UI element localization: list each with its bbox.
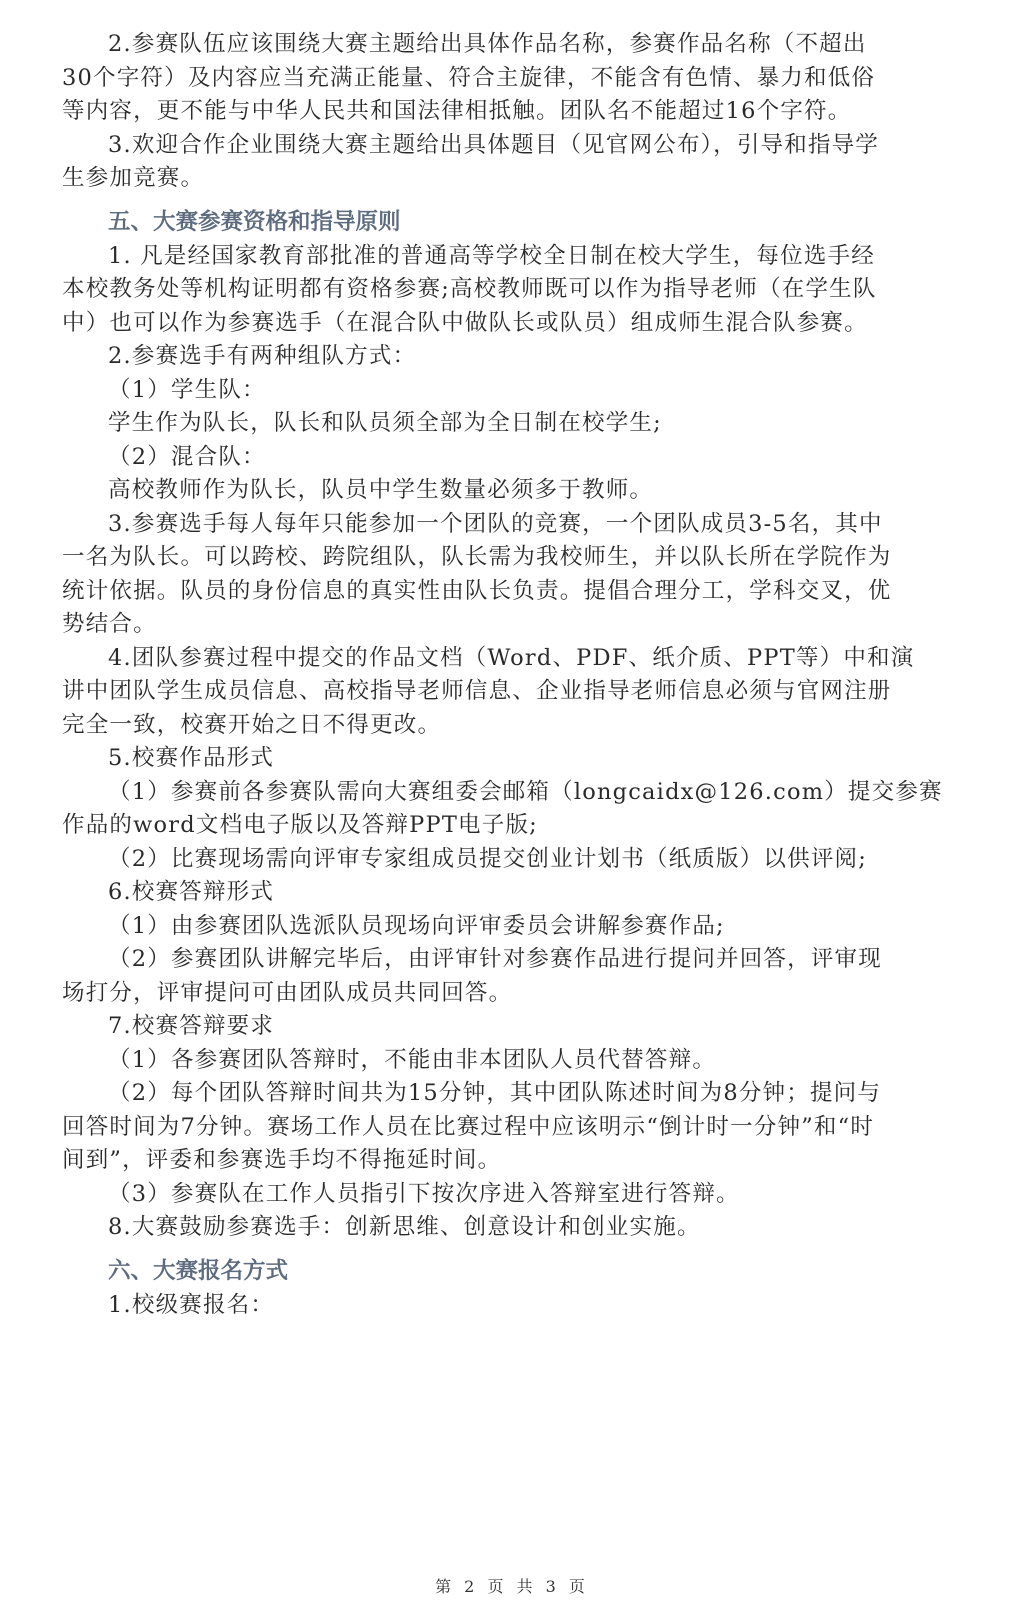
paragraph-line: 8.大赛鼓励参赛选手：创新思维、创意设计和创业实施。 bbox=[62, 1211, 962, 1245]
paragraph-line: 作品的word文档电子版以及答辩PPT电子版; bbox=[62, 809, 962, 843]
paragraph-line: 1. 凡是经国家教育部批准的普通高等学校全日制在校大学生，每位选手经 bbox=[62, 240, 962, 274]
paragraph-line: 7.校赛答辩要求 bbox=[62, 1010, 962, 1044]
paragraph-line: （2）每个团队答辩时间共为15分钟，其中团队陈述时间为8分钟；提问与 bbox=[62, 1077, 962, 1111]
paragraph-line: 5.校赛作品形式 bbox=[62, 742, 962, 776]
paragraph-line: 回答时间为7分钟。赛场工作人员在比赛过程中应该明示“倒计时一分钟”和“时 bbox=[62, 1111, 962, 1145]
paragraph-line: 3.参赛选手每人每年只能参加一个团队的竞赛，一个团队成员3-5名，其中 bbox=[62, 508, 962, 542]
paragraph-line: （3）参赛队在工作人员指引下按次序进入答辩室进行答辩。 bbox=[62, 1178, 962, 1212]
paragraph-line: （2）参赛团队讲解完毕后，由评审针对参赛作品进行提问并回答，评审现 bbox=[62, 943, 962, 977]
paragraph-line: 6.校赛答辩形式 bbox=[62, 876, 962, 910]
paragraph-line: 4.团队参赛过程中提交的作品文档（Word、PDF、纸介质、PPT等）中和演 bbox=[62, 642, 962, 676]
paragraph-line: 完全一致，校赛开始之日不得更改。 bbox=[62, 709, 962, 743]
paragraph-line: 间到”，评委和参赛选手均不得拖延时间。 bbox=[62, 1144, 962, 1178]
paragraph-line: 学生作为队长，队长和队员须全部为全日制在校学生; bbox=[62, 407, 962, 441]
paragraph-line: 1.校级赛报名： bbox=[62, 1289, 962, 1323]
paragraph-line: （2）比赛现场需向评审专家组成员提交创业计划书（纸质版）以供评阅; bbox=[62, 843, 962, 877]
paragraph-line: 30个字符）及内容应当充满正能量、符合主旋律，不能含有色情、暴力和低俗 bbox=[62, 62, 962, 96]
paragraph-line: 2.参赛选手有两种组队方式： bbox=[62, 340, 962, 374]
section-heading: 六、大赛报名方式 bbox=[62, 1253, 962, 1289]
paragraph-line: （1）由参赛团队选派队员现场向评审委员会讲解参赛作品; bbox=[62, 910, 962, 944]
paragraph-line: 等内容，更不能与中华人民共和国法律相抵触。团队名不能超过16个字符。 bbox=[62, 95, 962, 129]
paragraph-line: （1）学生队： bbox=[62, 374, 962, 408]
document-page: 2.参赛队伍应该围绕大赛主题给出具体作品名称，参赛作品名称（不超出 30个字符）… bbox=[62, 28, 962, 1322]
paragraph-line: （2）混合队： bbox=[62, 441, 962, 475]
paragraph-line: 3.欢迎合作企业围绕大赛主题给出具体题目（见官网公布），引导和指导学 bbox=[62, 129, 962, 163]
paragraph-line: （1）各参赛团队答辩时，不能由非本团队人员代替答辩。 bbox=[62, 1044, 962, 1078]
section-heading: 五、大赛参赛资格和指导原则 bbox=[62, 204, 962, 240]
paragraph-line: 中）也可以作为参赛选手（在混合队中做队长或队员）组成师生混合队参赛。 bbox=[62, 307, 962, 341]
paragraph-line: 生参加竞赛。 bbox=[62, 162, 962, 196]
page-number-footer: 第 2 页 共 3 页 bbox=[0, 1574, 1024, 1597]
paragraph-line: 2.参赛队伍应该围绕大赛主题给出具体作品名称，参赛作品名称（不超出 bbox=[62, 28, 962, 62]
paragraph-line: 统计依据。队员的身份信息的真实性由队长负责。提倡合理分工，学科交叉，优 bbox=[62, 575, 962, 609]
paragraph-line: 一名为队长。可以跨校、跨院组队，队长需为我校师生，并以队长所在学院作为 bbox=[62, 541, 962, 575]
paragraph-line: 势结合。 bbox=[62, 608, 962, 642]
paragraph-line: （1）参赛前各参赛队需向大赛组委会邮箱（longcaidx@126.com）提交… bbox=[62, 776, 962, 810]
paragraph-line: 讲中团队学生成员信息、高校指导老师信息、企业指导老师信息必须与官网注册 bbox=[62, 675, 962, 709]
paragraph-line: 高校教师作为队长，队员中学生数量必须多于教师。 bbox=[62, 474, 962, 508]
paragraph-line: 本校教务处等机构证明都有资格参赛;高校教师既可以作为指导老师（在学生队 bbox=[62, 273, 962, 307]
paragraph-line: 场打分，评审提问可由团队成员共同回答。 bbox=[62, 977, 962, 1011]
